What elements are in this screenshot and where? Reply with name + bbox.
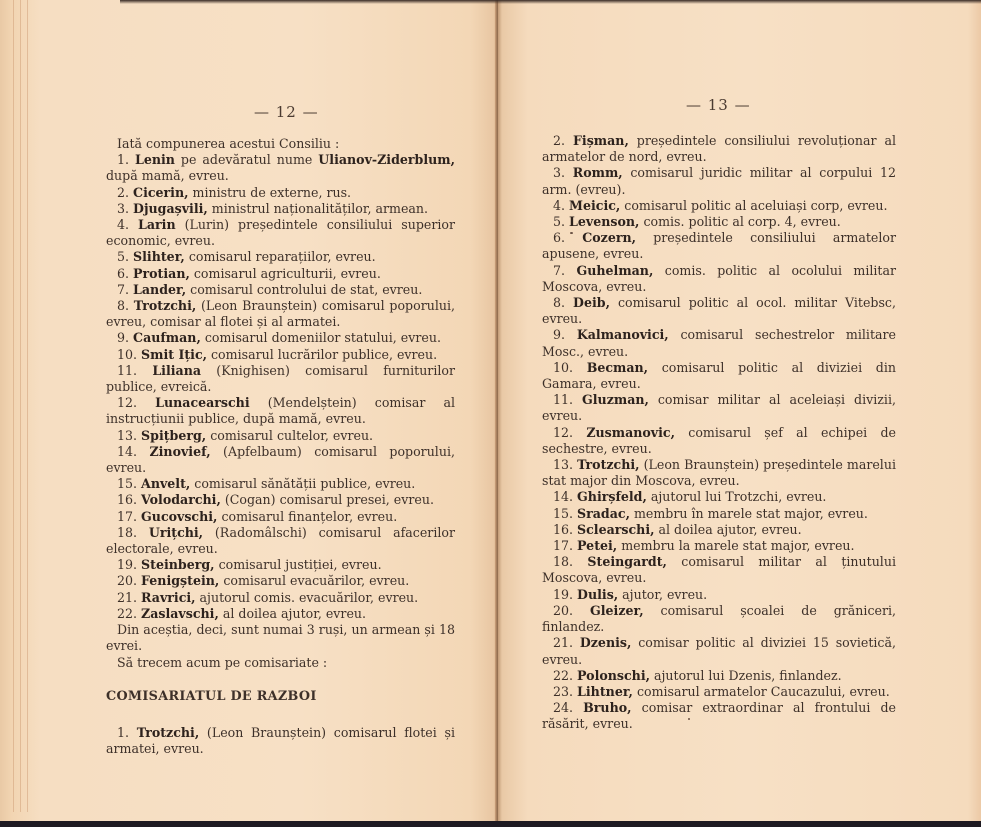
list-item: 18. Steingardt, comisarul militar al țin… bbox=[542, 554, 896, 586]
person-name: Zinovief, bbox=[149, 444, 210, 459]
list-item: 11. Gluzman, comisar militar al aceleiaș… bbox=[542, 392, 896, 424]
list-item: 4. Meicic, comisarul politic al aceluiaș… bbox=[542, 198, 896, 214]
list-item: 17. Petei, membru la marele stat major, … bbox=[542, 538, 896, 554]
list-item: 6. Protian, comisarul agriculturii, evre… bbox=[106, 266, 455, 282]
page-number-left: — 12 — bbox=[254, 103, 319, 121]
list-item: 15. Anvelt, comisarul sănătății publice,… bbox=[106, 476, 455, 492]
person-name: Meicic, bbox=[569, 198, 620, 213]
list-item: 18. Urițchi, (Radomâlschi) comisarul afa… bbox=[106, 525, 455, 557]
person-name: Lenin bbox=[135, 152, 175, 167]
person-name: Trotzchi, bbox=[137, 725, 199, 740]
list-item: 22. Polonschi, ajutorul lui Dzenis, finl… bbox=[542, 668, 896, 684]
person-name: Protian, bbox=[133, 266, 190, 281]
person-name: Smit Ițic, bbox=[141, 347, 207, 362]
list-item: 23. Lihtner, comisarul armatelor Caucazu… bbox=[542, 684, 896, 700]
person-name: Steinberg, bbox=[141, 557, 215, 572]
person-name: Zaslavschi, bbox=[141, 606, 219, 621]
person-name: Guhelman, bbox=[576, 263, 653, 278]
list-item: 22. Zaslavschi, al doilea ajutor, evreu. bbox=[106, 606, 455, 622]
list-item: 10. Becman, comisarul politic al divizie… bbox=[542, 360, 896, 392]
person-name: Trotzchi, bbox=[577, 457, 639, 472]
person-name: Gleizer, bbox=[590, 603, 644, 618]
list-item: 24. Bruho, comisar extraordinar al front… bbox=[542, 700, 896, 732]
top-edge-shadow bbox=[120, 0, 981, 4]
list-item: 11. Liliana (Knighisen) comisarul furnit… bbox=[106, 363, 455, 395]
list-item: 3. Djugașvili, ministrul naționalitățilo… bbox=[106, 201, 455, 217]
person-name: Liliana bbox=[152, 363, 201, 378]
person-name: Dulis, bbox=[577, 587, 618, 602]
list-item: 12. Zusmanovic, comisarul șef al echipei… bbox=[542, 425, 896, 457]
person-name: Cozern, bbox=[582, 230, 636, 245]
person-name: Djugașvili, bbox=[133, 201, 208, 216]
person-name: Petei, bbox=[577, 538, 617, 553]
person-name: Sradac, bbox=[577, 506, 630, 521]
person-name: Dzenis, bbox=[580, 635, 632, 650]
page-edges bbox=[10, 0, 34, 812]
transition-line: Să trecem acum pe comisariate : bbox=[106, 655, 455, 671]
person-name: Cicerin, bbox=[133, 185, 188, 200]
list-item: 4. Larin (Lurin) președintele consiliulu… bbox=[106, 217, 455, 249]
list-item: 21. Dzenis, comisar politic al diviziei … bbox=[542, 635, 896, 667]
war-commissariat-list: 2. Fișman, președintele consiliului revo… bbox=[542, 133, 896, 733]
section-heading: COMISARIATUL DE RAZBOI bbox=[106, 689, 455, 705]
intro-line: Iată compunerea acestui Consiliu : bbox=[106, 136, 455, 152]
person-name: Becman, bbox=[587, 360, 648, 375]
person-name: Caufman, bbox=[133, 330, 201, 345]
list-item: 10. Smit Ițic, comisarul lucrărilor publ… bbox=[106, 347, 455, 363]
person-name: Lihtner, bbox=[577, 684, 633, 699]
right-page: — 13 — 2. Fișman, președintele consiliul… bbox=[498, 0, 981, 821]
list-item: 19. Dulis, ajutor, evreu. bbox=[542, 587, 896, 603]
list-item: 15. Sradac, membru în marele stat major,… bbox=[542, 506, 896, 522]
list-item: 7. Lander, comisarul controlului de stat… bbox=[106, 282, 455, 298]
person-name: Fișman, bbox=[573, 133, 629, 148]
council-list: 1. Lenin pe adevăratul nume Ulianov-Zide… bbox=[106, 152, 455, 622]
person-name: Bruho, bbox=[583, 700, 631, 715]
person-name: Lunacearschi bbox=[155, 395, 250, 410]
person-name: Romm, bbox=[573, 165, 623, 180]
person-name: Volodarchi, bbox=[141, 492, 221, 507]
person-name: Lander, bbox=[133, 282, 186, 297]
person-name: Sclearschi, bbox=[577, 522, 654, 537]
person-name: Ulianov-Ziderblum, bbox=[318, 152, 455, 167]
person-name: Ravrici, bbox=[141, 590, 196, 605]
list-item: 3. Romm, comisarul juridic militar al co… bbox=[542, 165, 896, 197]
list-item: 9. Caufman, comisarul domeniilor statulu… bbox=[106, 330, 455, 346]
list-item: 21. Ravrici, ajutorul comis. evacuărilor… bbox=[106, 590, 455, 606]
person-name: Urițchi, bbox=[149, 525, 203, 540]
person-name: Zusmanovic, bbox=[586, 425, 675, 440]
list-item: 2. Fișman, președintele consiliului revo… bbox=[542, 133, 896, 165]
list-item: 20. Gleizer, comisarul școalei de grănic… bbox=[542, 603, 896, 635]
person-name: Fenigștein, bbox=[141, 573, 219, 588]
list-item: 16. Sclearschi, al doilea ajutor, evreu. bbox=[542, 522, 896, 538]
page-number-right: — 13 — bbox=[686, 96, 751, 114]
summary-paragraph: Din aceștia, deci, sunt numai 3 ruși, un… bbox=[106, 622, 455, 654]
list-item: 5. Slihter, comisarul reparațiilor, evre… bbox=[106, 249, 455, 265]
list-item: 1. Trotzchi, (Leon Braunștein) comisarul… bbox=[106, 725, 455, 757]
list-item: 13. Spițberg, comisarul cultelor, evreu. bbox=[106, 428, 455, 444]
list-item: 1. Lenin pe adevăratul nume Ulianov-Zide… bbox=[106, 152, 455, 184]
list-item: 14. Ghirșfeld, ajutorul lui Trotzchi, ev… bbox=[542, 489, 896, 505]
person-name: Deib, bbox=[573, 295, 610, 310]
person-name: Levenson, bbox=[569, 214, 639, 229]
list-item: 9. Kalmanovici, comisarul sechestrelor m… bbox=[542, 327, 896, 359]
list-item: 16. Volodarchi, (Cogan) comisarul presei… bbox=[106, 492, 455, 508]
person-name: Gluzman, bbox=[582, 392, 649, 407]
list-item: 8. Trotzchi, (Leon Braunștein) comisarul… bbox=[106, 298, 455, 330]
list-item: 8. Deib, comisarul politic al ocol. mili… bbox=[542, 295, 896, 327]
list-item: 6. Cozern, președintele consiliului arma… bbox=[542, 230, 896, 262]
paper-speck bbox=[688, 718, 690, 720]
person-name: Spițberg, bbox=[141, 428, 206, 443]
list-item: 2. Cicerin, ministru de externe, rus. bbox=[106, 185, 455, 201]
list-item: 12. Lunacearschi (Mendelștein) comisar a… bbox=[106, 395, 455, 427]
person-name: Anvelt, bbox=[141, 476, 190, 491]
paper-speck bbox=[570, 232, 573, 234]
person-name: Trotzchi, bbox=[134, 298, 196, 313]
list-item: 5. Levenson, comis. politic al corp. 4, … bbox=[542, 214, 896, 230]
person-name: Slihter, bbox=[133, 249, 185, 264]
right-page-text: 2. Fișman, președintele consiliului revo… bbox=[542, 133, 896, 733]
list-item: 14. Zinovief, (Apfelbaum) comisarul popo… bbox=[106, 444, 455, 476]
list-item: 20. Fenigștein, comisarul evacuărilor, e… bbox=[106, 573, 455, 589]
left-page-text: Iată compunerea acestui Consiliu : 1. Le… bbox=[106, 136, 455, 757]
person-name: Larin bbox=[138, 217, 176, 232]
left-page: — 12 — Iată compunerea acestui Consiliu … bbox=[0, 0, 497, 821]
list-item: 17. Gucovschi, comisarul finanțelor, evr… bbox=[106, 509, 455, 525]
person-name: Polonschi, bbox=[577, 668, 650, 683]
person-name: Ghirșfeld, bbox=[577, 489, 647, 504]
person-name: Gucovschi, bbox=[141, 509, 217, 524]
book-spread: — 12 — Iată compunerea acestui Consiliu … bbox=[0, 0, 981, 821]
person-name: Kalmanovici, bbox=[577, 327, 669, 342]
list-item: 13. Trotzchi, (Leon Braunștein) președin… bbox=[542, 457, 896, 489]
list-item: 7. Guhelman, comis. politic al ocolului … bbox=[542, 263, 896, 295]
list-item: 19. Steinberg, comisarul justiției, evre… bbox=[106, 557, 455, 573]
person-name: Steingardt, bbox=[587, 554, 666, 569]
